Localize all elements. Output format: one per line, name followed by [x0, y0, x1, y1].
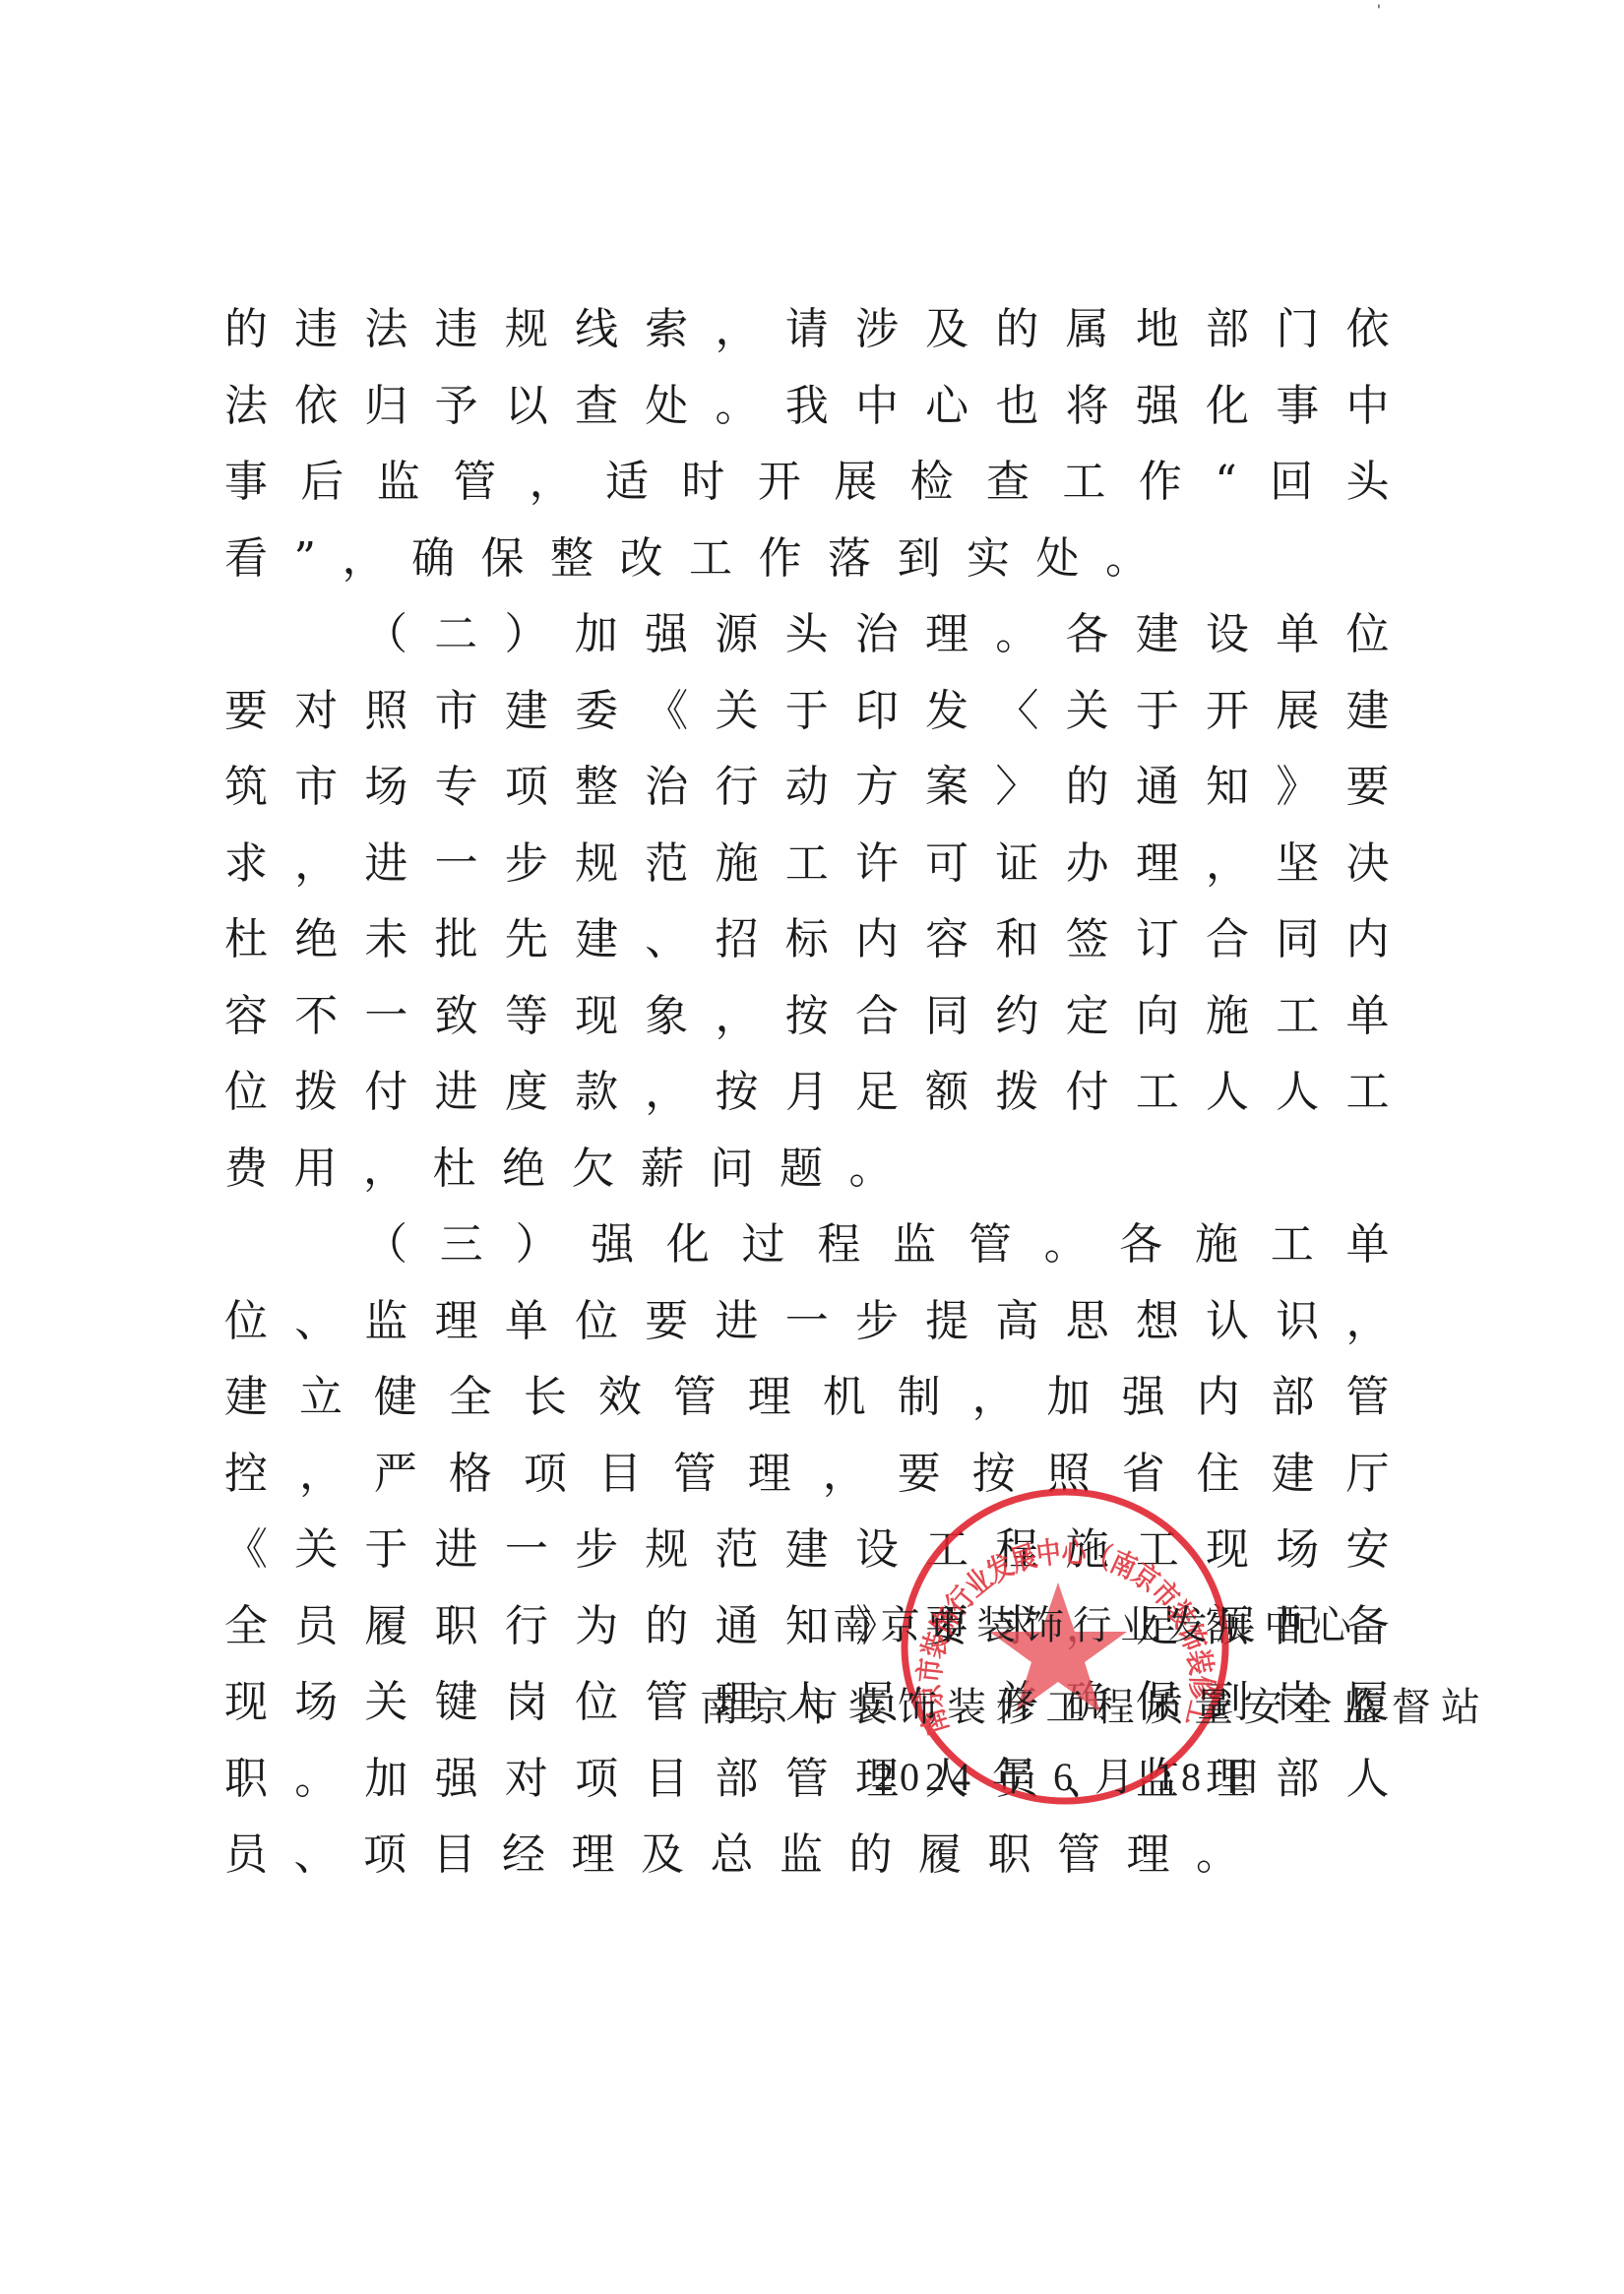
paragraph-continuation: 的违法违规线索，请涉及的属地部门依法依归予以查处。我中心也将强化事中事后监管，适… [224, 291, 1415, 596]
paragraph-source-governance: （二）加强源头治理。各建设单位要对照市建委《关于印发〈关于开展建筑市场专项整治行… [224, 596, 1415, 1207]
paragraph-process-supervision: （三）强化过程监管。各施工单位、监理单位要进一步提高思想认识，建立健全长效管理机… [224, 1207, 1415, 1893]
scan-corner-mark: ' [1377, 4, 1381, 18]
document-body: 的违法违规线索，请涉及的属地部门依法依归予以查处。我中心也将强化事中事后监管，适… [224, 291, 1415, 1893]
